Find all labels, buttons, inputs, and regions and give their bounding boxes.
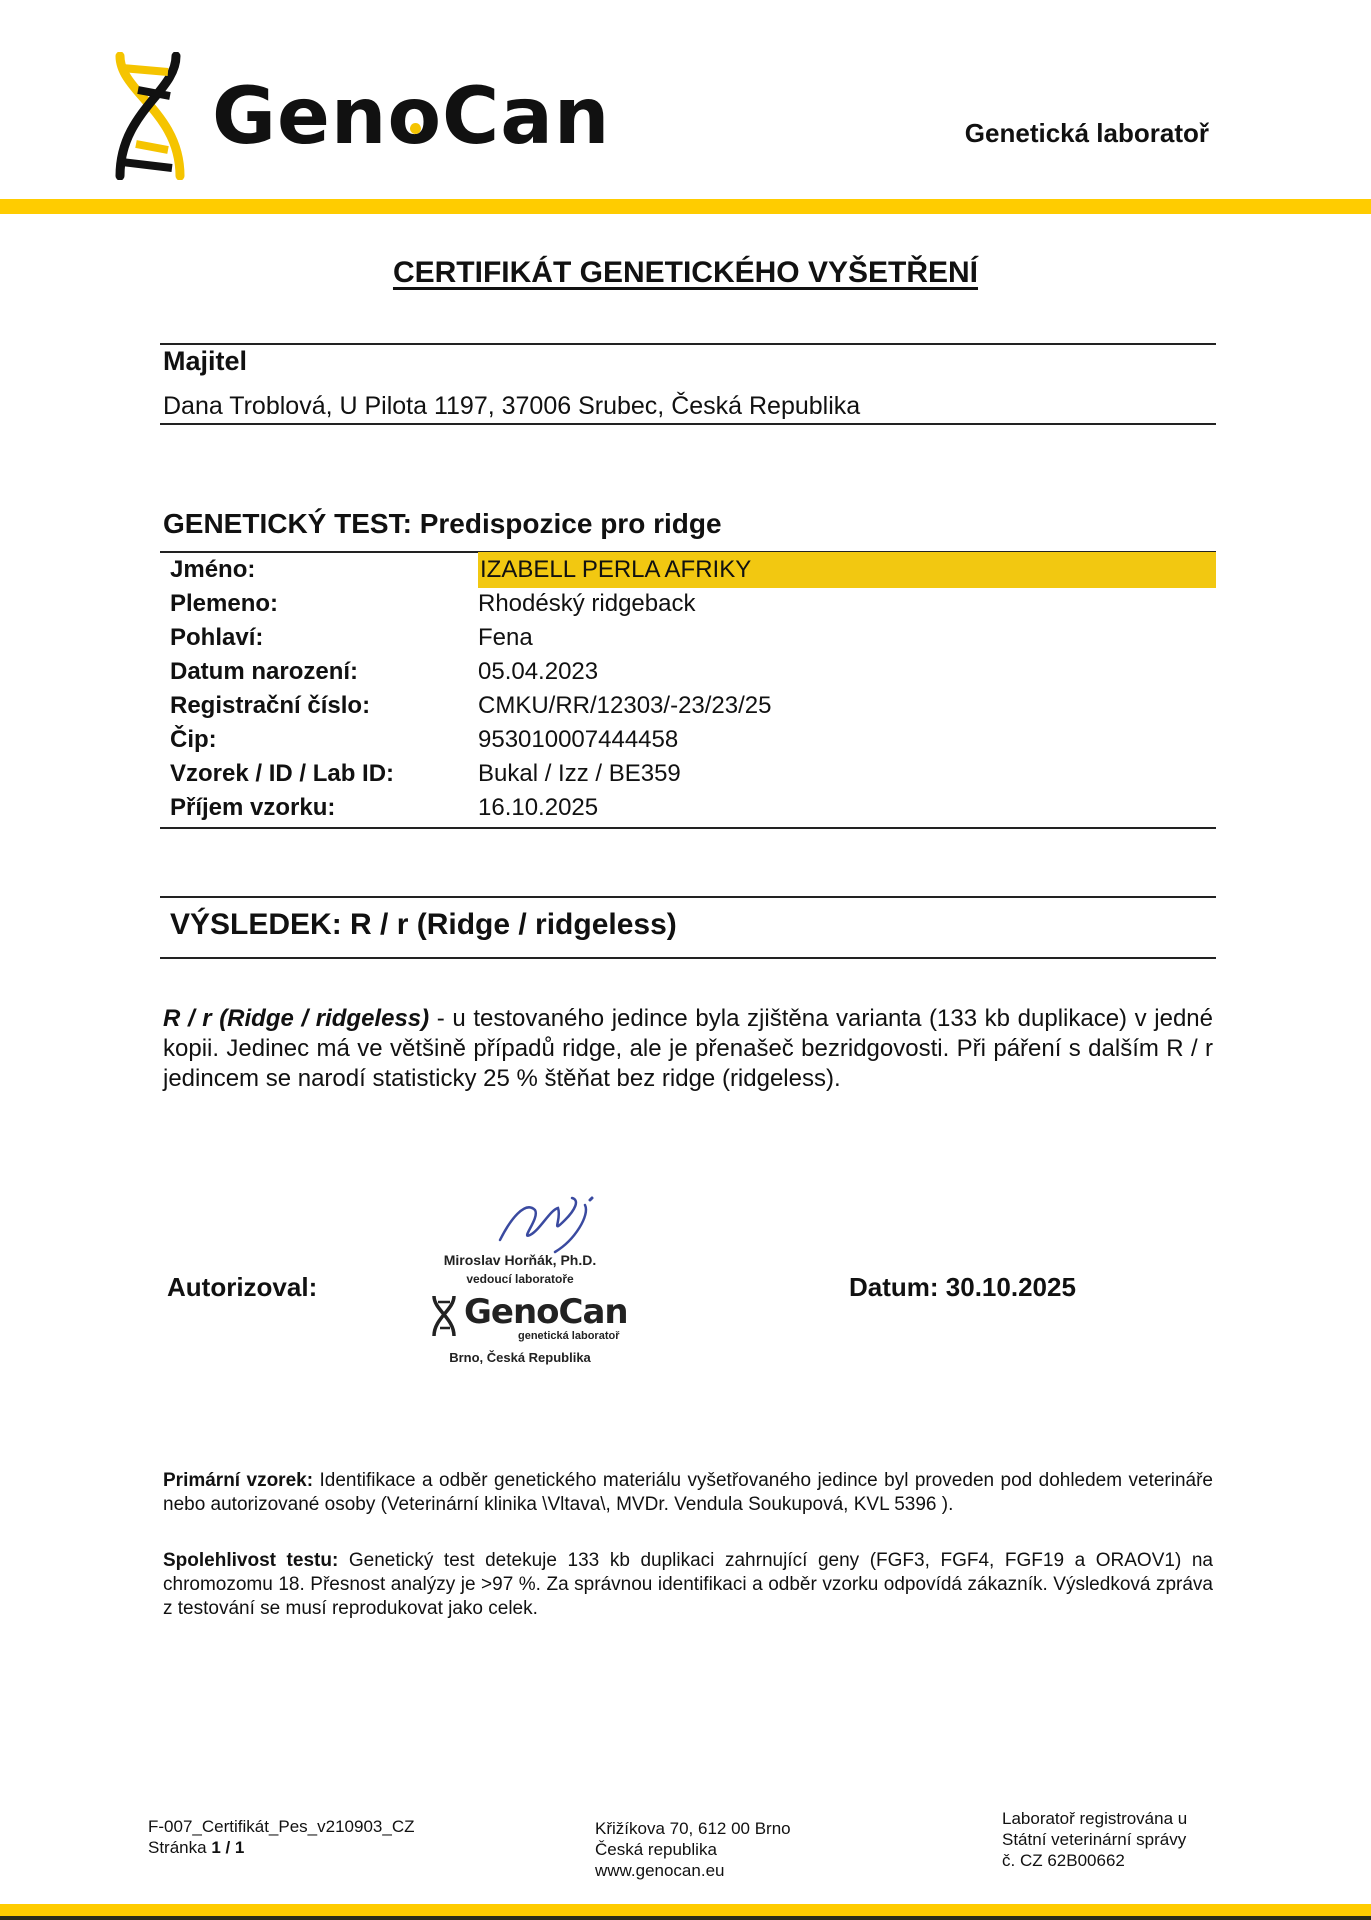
date-label: Datum: 30.10.2025 — [849, 1272, 1076, 1303]
info-label: Plemeno: — [160, 590, 478, 618]
header-band — [0, 199, 1371, 214]
info-label: Čip: — [160, 726, 478, 754]
authorized-label: Autorizoval: — [167, 1272, 317, 1303]
result-description: R / r (Ridge / ridgeless) - u testovanéh… — [163, 1004, 1213, 1094]
info-value: Fena — [478, 624, 1216, 652]
lab-title: Genetická laboratoř — [965, 118, 1209, 149]
owner-value: Dana Troblová, U Pilota 1197, 37006 Srub… — [163, 392, 860, 421]
info-value: 16.10.2025 — [478, 794, 1216, 822]
divider — [160, 896, 1216, 898]
logo-dot-icon — [410, 123, 421, 134]
info-row-received: Příjem vzorku: 16.10.2025 — [160, 791, 1216, 825]
divider — [160, 827, 1216, 829]
footer-address: Křižíkova 70, 612 00 Brno Česká republik… — [595, 1818, 791, 1881]
note-reliability: Spolehlivost testu: Genetický test detek… — [163, 1549, 1213, 1621]
dog-info-table: Jméno: IZABELL PERLA AFRIKY Plemeno: Rho… — [160, 553, 1216, 825]
certificate-title: CERTIFIKÁT GENETICKÉHO VYŠETŘENÍ — [0, 256, 1371, 290]
result-title: VÝSLEDEK: R / r (Ridge / ridgeless) — [170, 908, 677, 942]
info-label: Pohlaví: — [160, 624, 478, 652]
info-value: Rhodéský ridgeback — [478, 590, 1216, 618]
test-title: GENETICKÝ TEST: Predispozice pro ridge — [163, 508, 722, 540]
info-row-sex: Pohlaví: Fena — [160, 621, 1216, 655]
signatory-name: Miroslav Horňák, Ph.D. — [410, 1252, 630, 1268]
info-label: Jméno: — [160, 556, 478, 584]
info-row-chip: Čip: 953010007444458 — [160, 723, 1216, 757]
info-label: Vzorek / ID / Lab ID: — [160, 760, 478, 788]
dna-helix-icon — [430, 1294, 458, 1338]
divider — [160, 423, 1216, 425]
note-primary-sample: Primární vzorek: Identifikace a odběr ge… — [163, 1469, 1213, 1517]
brand-logo: GenoCan — [212, 78, 610, 156]
dna-helix-icon — [112, 52, 188, 180]
footer-registration: Laboratoř registrována u Státní veteriná… — [1002, 1808, 1187, 1871]
info-label: Příjem vzorku: — [160, 794, 478, 822]
info-value: CMKU/RR/12303/-23/23/25 — [478, 692, 1216, 720]
website-link[interactable]: www.genocan.eu — [595, 1860, 791, 1881]
info-label: Registrační číslo: — [160, 692, 478, 720]
info-row-birthdate: Datum narození: 05.04.2023 — [160, 655, 1216, 689]
info-value: 953010007444458 — [478, 726, 1216, 754]
info-row-breed: Plemeno: Rhodéský ridgeback — [160, 587, 1216, 621]
info-row-registration: Registrační číslo: CMKU/RR/12303/-23/23/… — [160, 689, 1216, 723]
info-value-highlighted: IZABELL PERLA AFRIKY — [478, 552, 1216, 588]
divider — [160, 343, 1216, 345]
stamp-brand: GenoCan genetická laboratoř — [420, 1290, 630, 1340]
info-value: Bukal / Izz / BE359 — [478, 760, 1216, 788]
signatory-role: vedoucí laboratoře — [410, 1272, 630, 1286]
stamp-city: Brno, Česká Republika — [410, 1350, 630, 1365]
owner-label: Majitel — [163, 346, 247, 377]
info-row-name: Jméno: IZABELL PERLA AFRIKY — [160, 553, 1216, 587]
info-label: Datum narození: — [160, 658, 478, 686]
info-value: 05.04.2023 — [478, 658, 1216, 686]
footer-form-info: F-007_Certifikát_Pes_v210903_CZ Stránka … — [148, 1816, 414, 1858]
signature-icon — [480, 1180, 620, 1260]
signature-stamp: Miroslav Horňák, Ph.D. vedoucí laboratoř… — [410, 1180, 630, 1380]
info-row-sample: Vzorek / ID / Lab ID: Bukal / Izz / BE35… — [160, 757, 1216, 791]
footer-band — [0, 1904, 1371, 1920]
divider — [160, 957, 1216, 959]
page-number: 1 / 1 — [211, 1838, 244, 1857]
